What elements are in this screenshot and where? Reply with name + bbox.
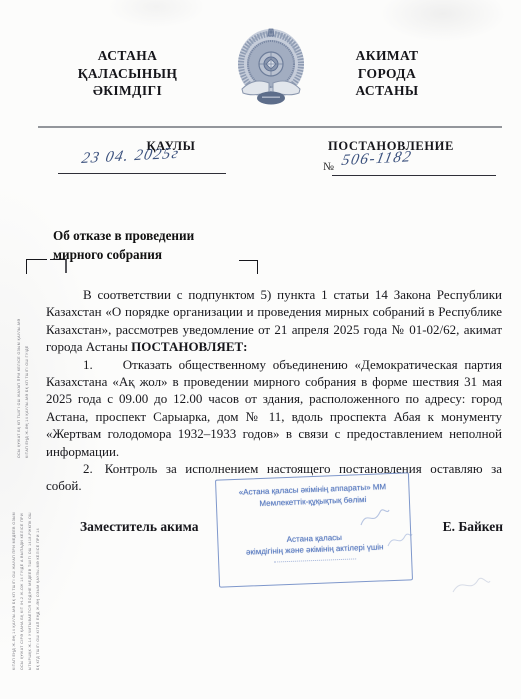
- title-line: мирного собрания: [53, 245, 243, 264]
- org-name-ru-line: АКИМАТ: [312, 47, 462, 65]
- corner-mark-right: [239, 260, 258, 274]
- coat-of-arms-icon: [234, 27, 308, 109]
- left-margin-microtext-lower: КІТАП ЕҢД Ж-ӘҢ 14 ҚАУЛЫ-МӘ БҚ КП ТШІГІ О…: [12, 462, 41, 670]
- item-number: 1.: [83, 357, 93, 372]
- org-name-russian: АКИМАТ ГОРОДА АСТАНЫ: [312, 47, 462, 100]
- document-title: Об отказе в проведении мирного собрания: [53, 226, 243, 264]
- left-margin-microtext-upper: ОСЫ ҚҰЖАТ БҚ КП ТШІГІ ОШ ЖАУАП ПРИ КЕЛІС…: [17, 298, 30, 458]
- org-name-kk-line: АСТАНА: [50, 47, 205, 65]
- microtext-column: ОСЫ ҚҰЖАТ БҚ КП ТШІГІ ОШ ЖАУАП ПРИ КЕЛІС…: [17, 298, 22, 458]
- signer-name: Е. Байкен: [443, 519, 503, 535]
- corner-mark-middle: [50, 259, 67, 273]
- microtext-column: ОСЫ ҚҰЖАТ СІРӘ ҚАНА БҚ КІТ ІН-2 Ж-ОЖ 14 …: [20, 462, 25, 670]
- corner-mark-left: [26, 259, 47, 274]
- org-name-ru-line: АСТАНЫ: [312, 82, 462, 100]
- pen-mark-icon: [450, 572, 492, 598]
- header-divider: [38, 126, 502, 128]
- number-underline: [332, 161, 496, 176]
- org-name-kk-line: ҚАЛАСЫНЫҢ: [50, 65, 205, 83]
- paragraph-item-1: 1.Отказать общественному объединению «Де…: [46, 356, 502, 460]
- signer-position: Заместитель акима: [46, 519, 199, 535]
- pen-mark-icon: [386, 528, 414, 552]
- microtext-column: КІТАП ЕҢД Ж-ӘҢ 14 ҚАУЛЫ-МӘ БҚ КП ТШІГІ О…: [25, 298, 30, 458]
- date-underline: [58, 159, 226, 174]
- scanned-document-page: ОСЫ ҚҰЖАТ БҚ КП ТШІГІ ОШ ЖАУАП ПРИ КЕЛІС…: [0, 0, 521, 699]
- org-name-ru-line: ГОРОДА: [312, 65, 462, 83]
- kazakhstan-emblem: [234, 27, 308, 109]
- item-number: 2.: [83, 461, 93, 476]
- item-text: Отказать общественному объединению «Демо…: [46, 357, 502, 459]
- microtext-column: БҚ КГД ТШІГІ ОШ КІТАП ЕҢД Ж-ӘҢ ОЗЫМ ҚАУЛ…: [36, 462, 41, 670]
- document-body: В соответствии с подпунктом 5) пункта 1 …: [46, 286, 502, 495]
- resolves-keyword: ПОСТАНОВЛЯЕТ:: [131, 339, 247, 354]
- microtext-column: КІТАП ЕҢД Ж-ӘҢ 14 ҚАУЛЫ-МӘ БҚ КП ТШІГІ О…: [12, 462, 17, 670]
- microtext-column: ЫТЫРШҚК Ж-14 УЧИТЫВАЕТСЯ ПОДІНЕ МЕДЕЕВ Т…: [28, 462, 33, 670]
- stamp-dotted-line: [274, 558, 356, 562]
- org-name-kk-line: ӘКІМДІГІ: [50, 82, 205, 100]
- title-line: Об отказе в проведении: [53, 226, 243, 245]
- org-name-kazakh: АСТАНА ҚАЛАСЫНЫҢ ӘКІМДІГІ: [50, 47, 205, 100]
- paragraph-preamble: В соответствии с подпунктом 5) пункта 1 …: [46, 286, 502, 356]
- preamble-text: В соответствии с подпунктом 5) пункта 1 …: [46, 287, 502, 354]
- pen-mark-icon: [358, 503, 392, 531]
